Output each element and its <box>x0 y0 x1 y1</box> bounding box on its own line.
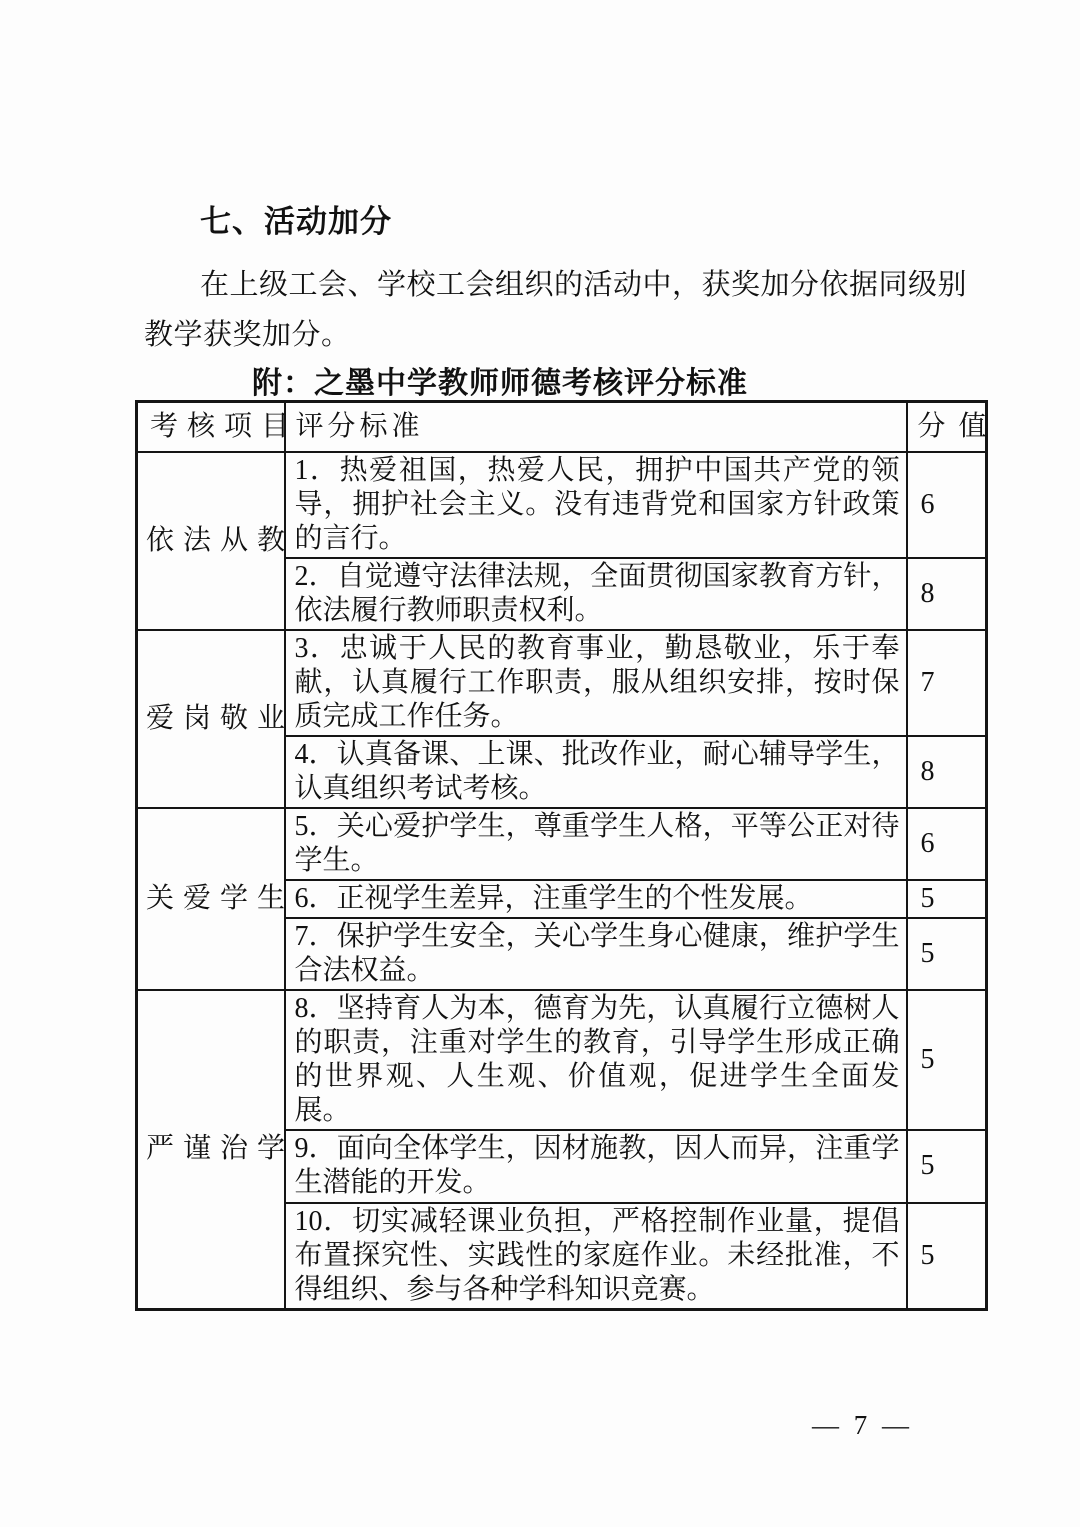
score-cell: 8 <box>907 736 987 808</box>
table-header-row: 考核项目 评分标准 分值 <box>137 402 987 452</box>
table-row: 依法从教 1．热爱祖国，热爱人民，拥护中国共产党的领导，拥护社会主义。没有违背党… <box>137 452 987 558</box>
standard-cell: 8．坚持育人为本，德育为先，认真履行立德树人的职责，注重对学生的教育，引导学生形… <box>285 990 907 1130</box>
standard-cell: 1．热爱祖国，热爱人民，拥护中国共产党的领导，拥护社会主义。没有违背党和国家方针… <box>285 452 907 558</box>
category-cell: 爱岗敬业 <box>137 630 285 808</box>
table-row: 关爱学生 5．关心爱护学生，尊重学生人格，平等公正对待学生。 6 <box>137 808 987 880</box>
section-heading: 七、活动加分 <box>200 196 392 241</box>
score-cell: 5 <box>907 990 987 1130</box>
standard-cell: 10．切实减轻课业负担，严格控制作业量，提倡布置探究性、实践性的家庭作业。未经批… <box>285 1203 907 1310</box>
standard-cell: 7．保护学生安全，关心学生身心健康，维护学生合法权益。 <box>285 918 907 990</box>
table-row: 爱岗敬业 3．忠诚于人民的教育事业，勤恳敬业，乐于奉献，认真履行工作职责，服从组… <box>137 630 987 736</box>
score-cell: 5 <box>907 1130 987 1203</box>
standard-cell: 2．自觉遵守法律法规，全面贯彻国家教育方针，依法履行教师职责权利。 <box>285 558 907 630</box>
standard-cell: 9．面向全体学生，因材施教，因人而异，注重学生潜能的开发。 <box>285 1130 907 1203</box>
score-cell: 5 <box>907 880 987 918</box>
standard-cell: 6．正视学生差异，注重学生的个性发展。 <box>285 880 907 918</box>
score-cell: 6 <box>907 808 987 880</box>
category-cell: 严谨治学 <box>137 990 285 1310</box>
standard-cell: 4．认真备课、上课、批改作业，耐心辅导学生，认真组织考试考核。 <box>285 736 907 808</box>
paragraph-line-1: 在上级工会、学校工会组织的活动中，获奖加分依据同级别 <box>200 262 967 303</box>
header-assessment-item: 考核项目 <box>137 402 285 452</box>
header-scoring-standard: 评分标准 <box>285 402 907 452</box>
score-cell: 5 <box>907 918 987 990</box>
paragraph-line-2: 教学获奖加分。 <box>144 312 351 353</box>
document-page: 七、活动加分 在上级工会、学校工会组织的活动中，获奖加分依据同级别 教学获奖加分… <box>0 0 1080 1527</box>
score-cell: 6 <box>907 452 987 558</box>
page-number: — 7 — <box>812 1410 913 1441</box>
score-cell: 5 <box>907 1203 987 1310</box>
header-score-value: 分值 <box>907 402 987 452</box>
score-cell: 8 <box>907 558 987 630</box>
score-cell: 7 <box>907 630 987 736</box>
category-cell: 依法从教 <box>137 452 285 630</box>
standard-cell: 5．关心爱护学生，尊重学生人格，平等公正对待学生。 <box>285 808 907 880</box>
assessment-table: 考核项目 评分标准 分值 依法从教 1．热爱祖国，热爱人民，拥护中国共产党的领导… <box>135 400 988 1311</box>
table-title: 附：之墨中学教师师德考核评分标准 <box>135 358 865 402</box>
category-cell: 关爱学生 <box>137 808 285 990</box>
standard-cell: 3．忠诚于人民的教育事业，勤恳敬业，乐于奉献，认真履行工作职责，服从组织安排，按… <box>285 630 907 736</box>
table-row: 严谨治学 8．坚持育人为本，德育为先，认真履行立德树人的职责，注重对学生的教育，… <box>137 990 987 1130</box>
